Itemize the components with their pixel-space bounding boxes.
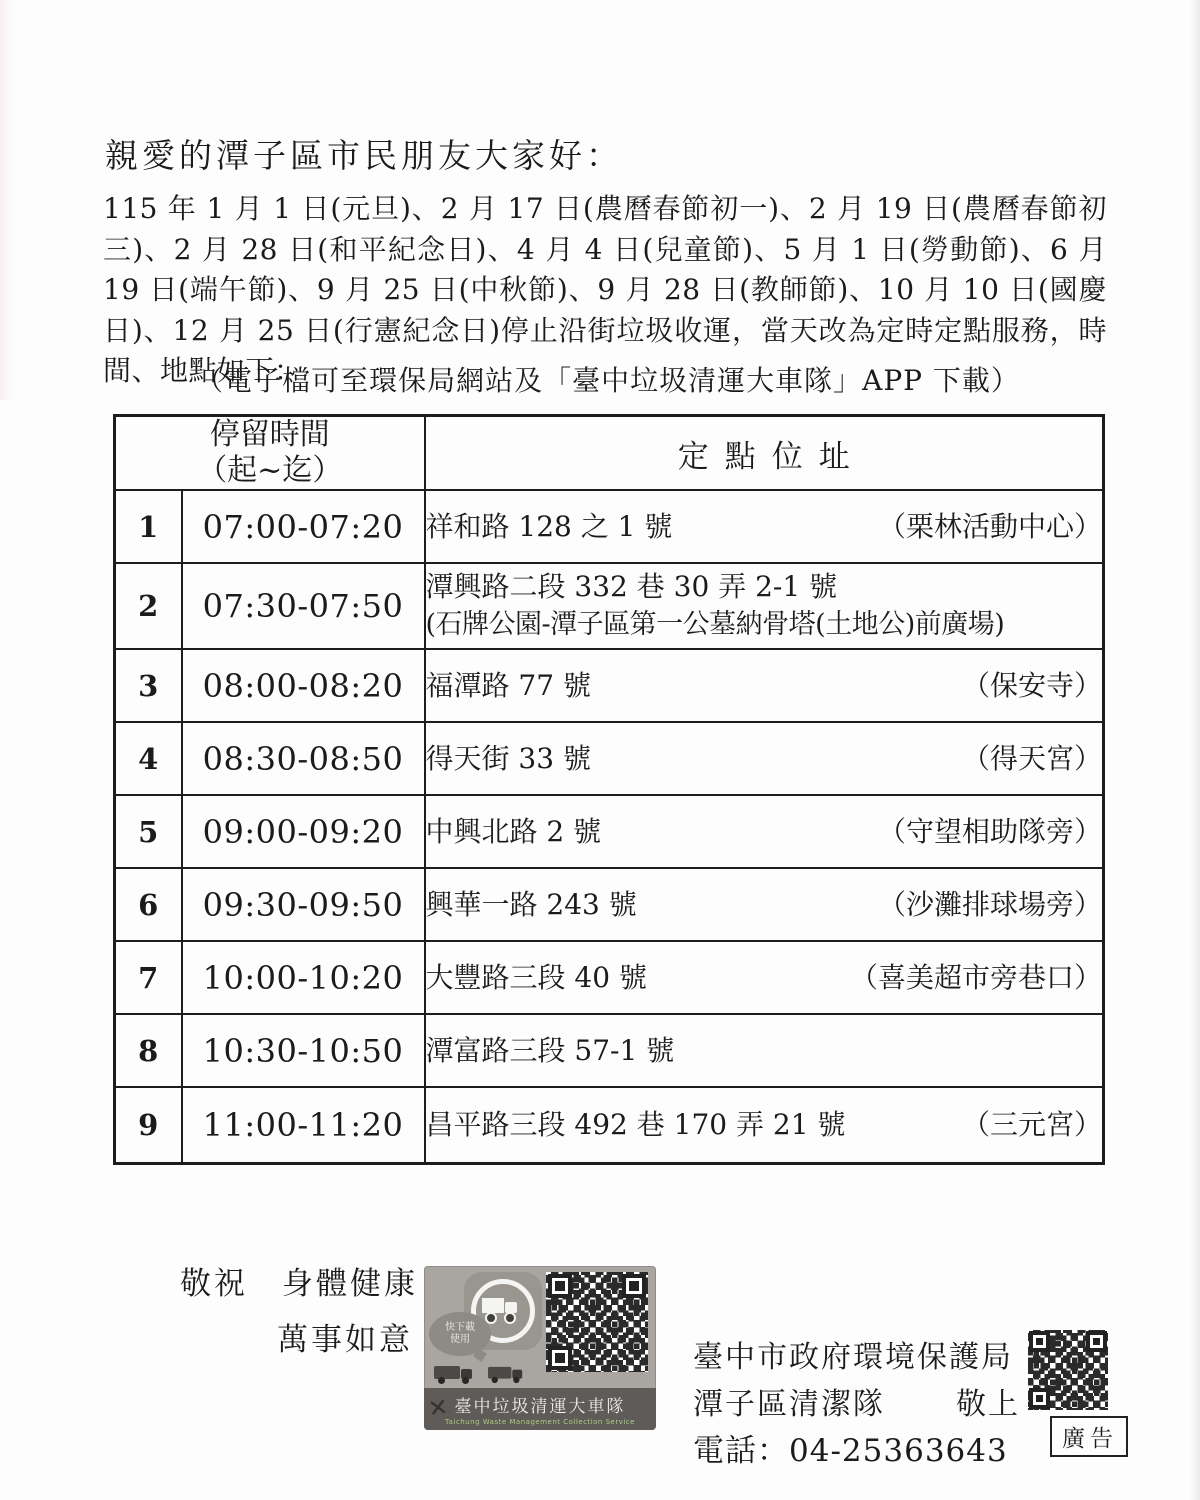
row-time: 09:00-09:20 — [182, 795, 425, 868]
garbage-truck-icon — [434, 1366, 474, 1384]
qr-code-icon — [546, 1272, 648, 1372]
closing-wish: 敬祝 身體健康 萬事如意 — [180, 1258, 418, 1359]
address-text: 潭興路二段 332 巷 30 弄 2-1 號 — [426, 568, 838, 606]
header-stop-time-title: 停留時間 — [116, 417, 424, 453]
address-text: 昌平路三段 492 巷 170 弄 21 號 — [426, 1106, 846, 1144]
address-cell: 中興北路 2 號 （守望相助隊旁） — [425, 795, 1104, 868]
landmark-text: （保安寺） — [962, 667, 1102, 705]
header-stop-time-sub: （起~迄） — [116, 453, 424, 489]
row-number: 5 — [115, 795, 182, 868]
qr-finder-icon — [1029, 1388, 1050, 1409]
qr-finder-icon — [1086, 1331, 1107, 1352]
row-number: 1 — [115, 490, 182, 563]
row-number: 8 — [115, 1014, 182, 1087]
address-cell: 潭富路三段 57-1 號 — [425, 1014, 1104, 1087]
address-text: 福潭路 77 號 — [426, 667, 591, 705]
qr-code-icon — [1028, 1330, 1108, 1410]
header-stop-time: 停留時間 （起~迄） — [115, 416, 425, 491]
landmark-text: （沙灘排球場旁） — [878, 886, 1102, 924]
row-time: 10:30-10:50 — [182, 1014, 425, 1087]
table-header-row: 停留時間 （起~迄） 定點位址 — [115, 416, 1104, 491]
landmark-text: （得天宮） — [962, 740, 1102, 778]
recycling-truck-icon — [488, 1367, 524, 1383]
wish-line2: 萬事如意 — [277, 1314, 418, 1359]
qr-finder-icon — [548, 1274, 572, 1298]
table-row: 3 08:00-08:20 福潭路 77 號 （保安寺） — [115, 649, 1104, 722]
address-text: 大豐路三段 40 號 — [426, 959, 647, 997]
scan-artifact-left — [0, 0, 14, 400]
row-time: 09:30-09:50 — [182, 868, 425, 941]
address-cell: 昌平路三段 492 巷 170 弄 21 號 （三元宮） — [425, 1087, 1104, 1163]
landmark-text: （栗林活動中心） — [878, 508, 1102, 546]
banner-title-band: ✕ 臺中垃圾清運大車隊 Taichung Waste Management Co… — [424, 1388, 656, 1430]
landmark-text: （守望相助隊旁） — [878, 813, 1102, 851]
wish-prefix: 敬祝 — [180, 1258, 248, 1303]
row-number: 3 — [115, 649, 182, 722]
bubble-line1: 快下載 — [429, 1322, 491, 1334]
address-text: 得天街 33 號 — [426, 740, 591, 778]
address-text: 中興北路 2 號 — [426, 813, 602, 851]
table-row: 5 09:00-09:20 中興北路 2 號 （守望相助隊旁） — [115, 795, 1104, 868]
banner-title: 臺中垃圾清運大車隊 — [455, 1392, 626, 1417]
scan-artifact-right — [1190, 0, 1200, 1500]
row-time: 08:00-08:20 — [182, 649, 425, 722]
qr-finder-icon — [548, 1346, 572, 1370]
row-number: 4 — [115, 722, 182, 795]
row-time: 07:00-07:20 — [182, 490, 425, 563]
signature-block: 臺中市政府環境保護局 潭子區清潔隊 敬上 電話：04-25363643 — [693, 1334, 1020, 1475]
table-row: 2 07:30-07:50 潭興路二段 332 巷 30 弄 2-1 號 (石牌… — [115, 563, 1104, 649]
landmark-text: （三元宮） — [962, 1106, 1102, 1144]
org-salute: 敬上 — [956, 1381, 1020, 1428]
row-time: 11:00-11:20 — [182, 1087, 425, 1163]
greeting-heading: 親愛的潭子區市民朋友大家好： — [105, 130, 623, 177]
address-cell: 得天街 33 號 （得天宮） — [425, 722, 1104, 795]
table-row: 9 11:00-11:20 昌平路三段 492 巷 170 弄 21 號 （三元… — [115, 1087, 1104, 1163]
spacer — [248, 1258, 282, 1303]
table-row: 7 10:00-10:20 大豐路三段 40 號 （喜美超市旁巷口） — [115, 941, 1104, 1014]
advertisement-stamp: 廣告 — [1050, 1416, 1128, 1457]
landmark-text: （喜美超市旁巷口） — [850, 959, 1102, 997]
row-time: 07:30-07:50 — [182, 563, 425, 649]
org-team: 潭子區清潔隊 — [693, 1381, 885, 1428]
qr-finder-icon — [1029, 1331, 1050, 1352]
app-download-note: （電子檔可至環保局網站及「臺中垃圾清運大車隊」APP 下載） — [113, 359, 1102, 399]
address-cell: 大豐路三段 40 號 （喜美超市旁巷口） — [425, 941, 1104, 1014]
speech-bubble: 快下載 使用 — [429, 1312, 491, 1356]
qr-finder-icon — [622, 1274, 646, 1298]
app-promo-banner: 快下載 使用 ✕ 臺中垃圾清運大車隊 Taichung Waste Manage… — [424, 1266, 656, 1430]
row-number: 7 — [115, 941, 182, 1014]
address-cell: 福潭路 77 號 （保安寺） — [425, 649, 1104, 722]
address-cell: 祥和路 128 之 1 號 （栗林活動中心） — [425, 490, 1104, 563]
wish-line1: 身體健康 — [282, 1258, 418, 1303]
row-number: 2 — [115, 563, 182, 649]
address-note: (石牌公園-潭子區第一公墓納骨塔(土地公)前廣場) — [426, 606, 1103, 644]
address-cell: 興華一路 243 號 （沙灘排球場旁） — [425, 868, 1104, 941]
row-time: 08:30-08:50 — [182, 722, 425, 795]
address-text: 潭富路三段 57-1 號 — [426, 1032, 675, 1070]
scanned-notice-page: 親愛的潭子區市民朋友大家好： 115 年 1 月 1 日(元旦)、2 月 17 … — [0, 0, 1200, 1500]
row-number: 6 — [115, 868, 182, 941]
fleet-logo-icon: ✕ — [426, 1393, 450, 1424]
table-row: 8 10:30-10:50 潭富路三段 57-1 號 — [115, 1014, 1104, 1087]
bubble-line2: 使用 — [429, 1334, 491, 1346]
org-name: 臺中市政府環境保護局 — [693, 1334, 1020, 1381]
address-cell: 潭興路二段 332 巷 30 弄 2-1 號 (石牌公園-潭子區第一公墓納骨塔(… — [425, 563, 1104, 649]
address-text: 興華一路 243 號 — [426, 886, 637, 924]
row-number: 9 — [115, 1087, 182, 1163]
collection-schedule-table: 停留時間 （起~迄） 定點位址 1 07:00-07:20 祥和路 128 之 … — [113, 414, 1105, 1165]
address-text: 祥和路 128 之 1 號 — [426, 508, 673, 546]
banner-subtitle: Taichung Waste Management Collection Ser… — [445, 1418, 635, 1426]
table-row: 6 09:30-09:50 興華一路 243 號 （沙灘排球場旁） — [115, 868, 1104, 941]
row-time: 10:00-10:20 — [182, 941, 425, 1014]
table-row: 4 08:30-08:50 得天街 33 號 （得天宮） — [115, 722, 1104, 795]
table-row: 1 07:00-07:20 祥和路 128 之 1 號 （栗林活動中心） — [115, 490, 1104, 563]
header-location: 定點位址 — [425, 416, 1104, 491]
phone-line: 電話：04-25363643 — [693, 1428, 1020, 1475]
